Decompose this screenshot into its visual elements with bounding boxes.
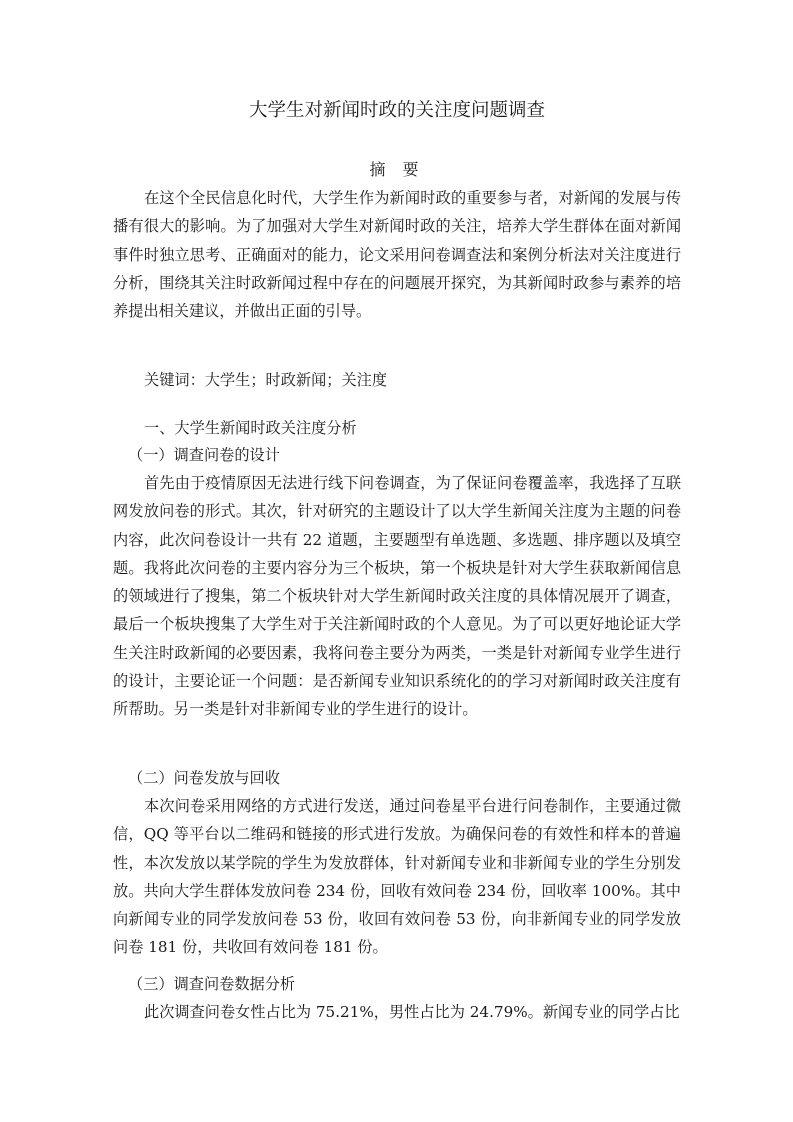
subsection-paragraph: 本次问卷采用网络的方式进行发送，通过问卷星平台进行问卷制作，主要通过微信，QQ …: [113, 792, 681, 962]
abstract-heading: 摘 要: [113, 158, 681, 182]
subsection-heading: （一）调查问卷的设计: [128, 441, 280, 469]
subsection-heading: （二）问卷发放与回收: [128, 764, 280, 792]
subsection-paragraph: 首先由于疫情原因无法进行线下问卷调查，为了保证问卷覆盖率，我选择了互联网发放问卷…: [113, 469, 681, 724]
section-heading: 一、大学生新闻时政关注度分析: [144, 414, 357, 442]
subsection-paragraph: 此次调查问卷女性占比为 75.21%，男性占比为 24.79%。新闻专业的同学占…: [113, 998, 681, 1026]
keywords-line: 关键词：大学生；时政新闻；关注度: [144, 366, 387, 394]
subsection-heading: （三）调查问卷数据分析: [128, 970, 295, 998]
abstract-paragraph: 在这个全民信息化时代，大学生作为新闻时政的重要参与者，对新闻的发展与传播有很大的…: [113, 184, 681, 325]
document-title: 大学生对新闻时政的关注度问题调查: [113, 98, 681, 124]
